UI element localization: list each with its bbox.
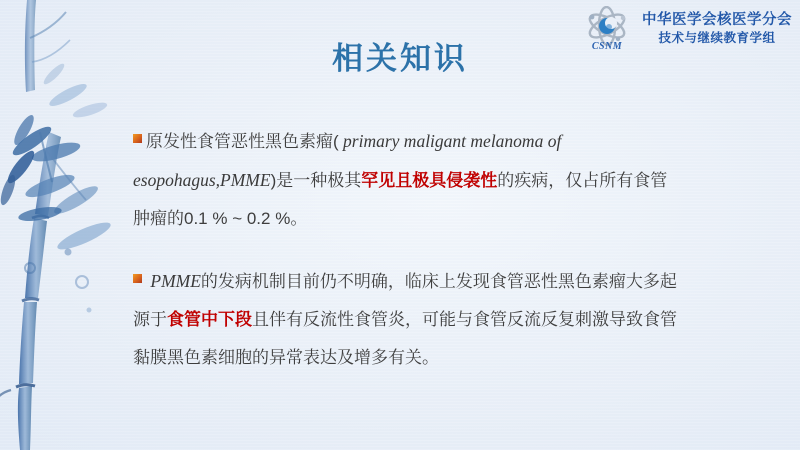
bullet-square-icon <box>133 134 142 143</box>
b1-highlight: 罕见且极具侵袭性 <box>361 171 497 190</box>
slide-body: 原发性食管恶性黑色素瘤( primary maligant melanoma o… <box>133 122 681 377</box>
b1-pre: 原发性食管恶性黑色素瘤( <box>146 132 339 151</box>
bullet-paragraph-2: PMME的发病机制目前仍不明确，临床上发现食管恶性黑色素瘤大多起源于食管中下段且… <box>133 262 681 377</box>
b2-highlight: 食管中下段 <box>167 310 252 329</box>
org-name-line1: 中华医学会核医学分会 <box>642 10 792 30</box>
bullet-paragraph-1: 原发性食管恶性黑色素瘤( primary maligant melanoma o… <box>133 122 681 238</box>
b2-latin-term: PMME <box>146 271 201 291</box>
slide-title: 相关知识 <box>0 33 800 78</box>
bullet-square-icon <box>133 274 142 283</box>
presentation-slide: CSNM 中华医学会核医学分会 技术与继续教育学组 相关知识 原发性食管恶性黑色… <box>0 0 800 450</box>
b1-mid: )是一种极其 <box>271 171 362 190</box>
